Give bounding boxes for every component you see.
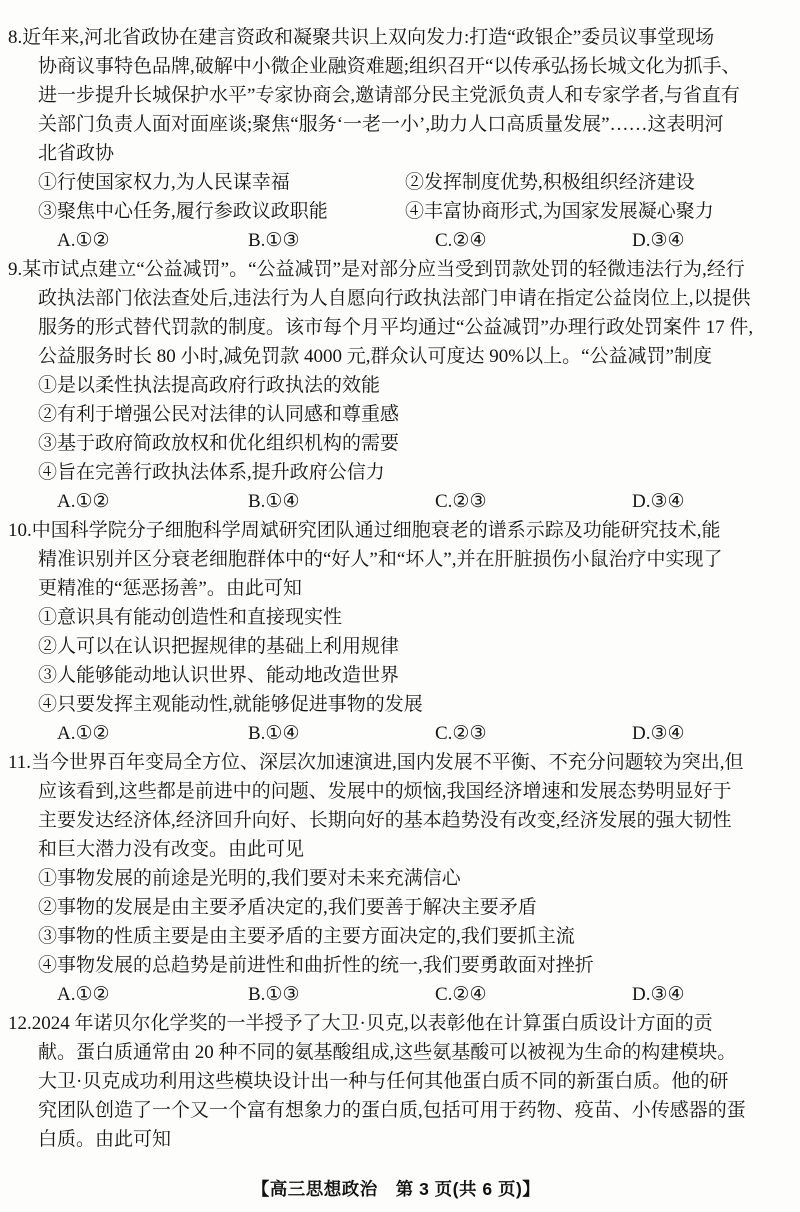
sub-options: ①是以柔性执法提高政府行政执法的效能 ②有利于增强公民对法律的认同感和尊重感 ③… [38,371,792,487]
question-text: 某市试点建立“公益减罚”。“公益减罚”是对部分应当受到罚款处罚的轻微违法行为,经… [22,259,753,367]
sub-option-3: ③人能够能动地认识世界、能动地改造世界 [38,661,792,690]
sub-option-4: ④只要发挥主观能动性,就能够促进事物的发展 [38,690,792,719]
question-text: 2024 年诺贝尔化学奖的一半授予了大卫·贝克,以表彰他在计算蛋白质设计方面的贡… [32,1013,746,1150]
question-8: 8.近年来,河北省政协在建言资政和凝聚共识上双向发力:打造“政银企”委员议事堂现… [0,23,792,255]
question-stem: 12.2024 年诺贝尔化学奖的一半授予了大卫·贝克,以表彰他在计算蛋白质设计方… [38,1009,792,1154]
question-text: 中国科学院分子细胞科学周斌研究团队通过细胞衰老的谱系示踪及功能研究技术,能 精准… [32,520,723,599]
page-footer: 【高三思想政治 第 3 页(共 6 页)】 [0,1175,792,1204]
question-number: 8. [8,27,22,48]
sub-option-1: ①是以柔性执法提高政府行政执法的效能 [38,371,792,400]
answer-choice-c: C.②④ [435,226,632,255]
sub-option-3: ③基于政府简政放权和优化组织机构的需要 [38,429,792,458]
sub-option-4: ④丰富协商形式,为国家发展凝心聚力 [405,197,792,226]
question-11: 11.当今世界百年变局全方位、深层次加速演进,国内发展不平衡、不充分问题较为突出… [0,748,792,1009]
sub-option-3: ③事物的性质主要是由主要矛盾的主要方面决定的,我们要抓主流 [38,922,792,951]
sub-option-1: ①意识具有能动创造性和直接现实性 [38,603,792,632]
answer-row: A.①② B.①③ C.②④ D.③④ [57,226,792,255]
answer-choice-a: A.①② [57,719,248,748]
answer-choice-a: A.①② [57,980,248,1009]
sub-option-1: ①行使国家权力,为人民谋幸福 [38,168,405,197]
answer-choice-c: C.②③ [435,487,632,516]
question-12: 12.2024 年诺贝尔化学奖的一半授予了大卫·贝克,以表彰他在计算蛋白质设计方… [0,1009,792,1154]
answer-choice-b: B.①③ [248,226,435,255]
sub-option-1: ①事物发展的前途是光明的,我们要对未来充满信心 [38,864,792,893]
answer-row: A.①② B.①④ C.②③ D.③④ [57,487,792,516]
question-text: 当今世界百年变局全方位、深层次加速演进,国内发展不平衡、不充分问题较为突出,但 … [31,752,744,860]
answer-choice-d: D.③④ [632,719,685,748]
answer-choice-d: D.③④ [632,980,685,1009]
sub-option-3: ③聚焦中心任务,履行参政议政职能 [38,197,405,226]
question-stem: 8.近年来,河北省政协在建言资政和凝聚共识上双向发力:打造“政银企”委员议事堂现… [38,23,792,168]
question-stem: 10.中国科学院分子细胞科学周斌研究团队通过细胞衰老的谱系示踪及功能研究技术,能… [38,516,792,603]
sub-option-2: ②发挥制度优势,积极组织经济建设 [405,168,792,197]
question-number: 10. [8,520,32,541]
question-number: 11. [8,752,31,773]
answer-choice-d: D.③④ [632,487,685,516]
question-stem: 9.某市试点建立“公益减罚”。“公益减罚”是对部分应当受到罚款处罚的轻微违法行为… [38,255,792,371]
sub-options: ①行使国家权力,为人民谋幸福 ②发挥制度优势,积极组织经济建设 ③聚焦中心任务,… [38,168,792,226]
sub-options: ①意识具有能动创造性和直接现实性 ②人可以在认识把握规律的基础上利用规律 ③人能… [38,603,792,719]
question-10: 10.中国科学院分子细胞科学周斌研究团队通过细胞衰老的谱系示踪及功能研究技术,能… [0,516,792,748]
question-text: 近年来,河北省政协在建言资政和凝聚共识上双向发力:打造“政银企”委员议事堂现场 … [22,27,740,164]
answer-row: A.①② B.①④ C.②③ D.③④ [57,719,792,748]
answer-choice-b: B.①④ [248,487,435,516]
answer-choice-c: C.②③ [435,719,632,748]
answer-choice-c: C.②④ [435,980,632,1009]
answer-choice-a: A.①② [57,226,248,255]
sub-option-2: ②人可以在认识把握规律的基础上利用规律 [38,632,792,661]
exam-paper-page: 8.近年来,河北省政协在建言资政和凝聚共识上双向发力:打造“政银企”委员议事堂现… [0,0,800,1212]
sub-options: ①事物发展的前途是光明的,我们要对未来充满信心 ②事物的发展是由主要矛盾决定的,… [38,864,792,980]
answer-row: A.①② B.①③ C.②④ D.③④ [57,980,792,1009]
sub-option-2: ②有利于增强公民对法律的认同感和尊重感 [38,400,792,429]
question-number: 12. [8,1013,32,1034]
answer-choice-a: A.①② [57,487,248,516]
question-9: 9.某市试点建立“公益减罚”。“公益减罚”是对部分应当受到罚款处罚的轻微违法行为… [0,255,792,516]
sub-option-4: ④事物发展的总趋势是前进性和曲折性的统一,我们要勇敢面对挫折 [38,951,792,980]
answer-choice-d: D.③④ [632,226,685,255]
sub-option-2: ②事物的发展是由主要矛盾决定的,我们要善于解决主要矛盾 [38,893,792,922]
answer-choice-b: B.①③ [248,980,435,1009]
sub-option-4: ④旨在完善行政执法体系,提升政府公信力 [38,458,792,487]
question-number: 9. [8,259,22,280]
question-stem: 11.当今世界百年变局全方位、深层次加速演进,国内发展不平衡、不充分问题较为突出… [38,748,792,864]
answer-choice-b: B.①④ [248,719,435,748]
